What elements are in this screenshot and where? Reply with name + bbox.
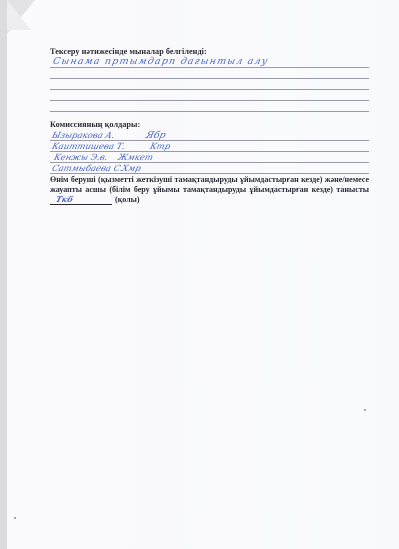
- findings-line-4: [50, 90, 369, 101]
- handwritten-finding: Сынама пртымдарп дагынтыл алу: [52, 56, 270, 67]
- signature-name: Кенжы Э.в.: [53, 153, 109, 163]
- signature-mark: Жмкет: [117, 153, 154, 163]
- acknowledgement-line-1: Өнім беруші (қызметті жеткізуші тамақтан…: [50, 175, 369, 185]
- signature-name: Сатмыбаева С.: [51, 164, 124, 174]
- findings-line-3: [50, 79, 369, 90]
- findings-line-1: Сынама пртымдарп дагынтыл алу: [50, 57, 369, 68]
- scan-edge: [0, 0, 7, 549]
- commission-section: Комиссияның қолдары: Ызыракова А. Ябр Ка…: [50, 120, 369, 174]
- signature-mark: Хмр: [121, 164, 142, 174]
- scan-speck: [364, 409, 366, 411]
- findings-section: Тексеру нәтижесінде мыналар белгіленді: …: [50, 47, 369, 112]
- signature-line-1: Ызыракова А. Ябр: [50, 130, 369, 141]
- signature-line-4: Сатмыбаева С. Хмр: [50, 163, 369, 174]
- signature-line-2: Каиттишева Т. Ктр: [50, 141, 369, 152]
- findings-line-5: [50, 101, 369, 112]
- signature-mark: Ктр: [149, 142, 172, 152]
- acknowledgement-section: Өнім беруші (қызметті жеткізуші тамақтан…: [50, 175, 369, 205]
- signature-name: Ызыракова А.: [51, 131, 116, 141]
- acknowledgement-line-2: жауапты асшы (білім беру ұйымы тамақтанд…: [50, 185, 369, 195]
- findings-line-2: [50, 68, 369, 79]
- signature-name: Каиттишева Т.: [51, 142, 127, 152]
- document-content: Тексеру нәтижесінде мыналар белгіленді: …: [50, 47, 369, 205]
- supplier-signature: Ткб: [55, 194, 75, 204]
- folded-corner-shadow: [7, 0, 31, 30]
- signature-label: (қолы): [115, 195, 140, 205]
- signature-mark: Ябр: [145, 130, 168, 141]
- acknowledgement-signature-row: Ткб (қолы): [50, 195, 369, 205]
- signature-line-3: Кенжы Э.в. Жмкет: [50, 152, 369, 163]
- signature-blank: Ткб: [50, 195, 112, 205]
- commission-heading: Комиссияның қолдары:: [50, 120, 369, 130]
- scan-speck: [14, 517, 16, 519]
